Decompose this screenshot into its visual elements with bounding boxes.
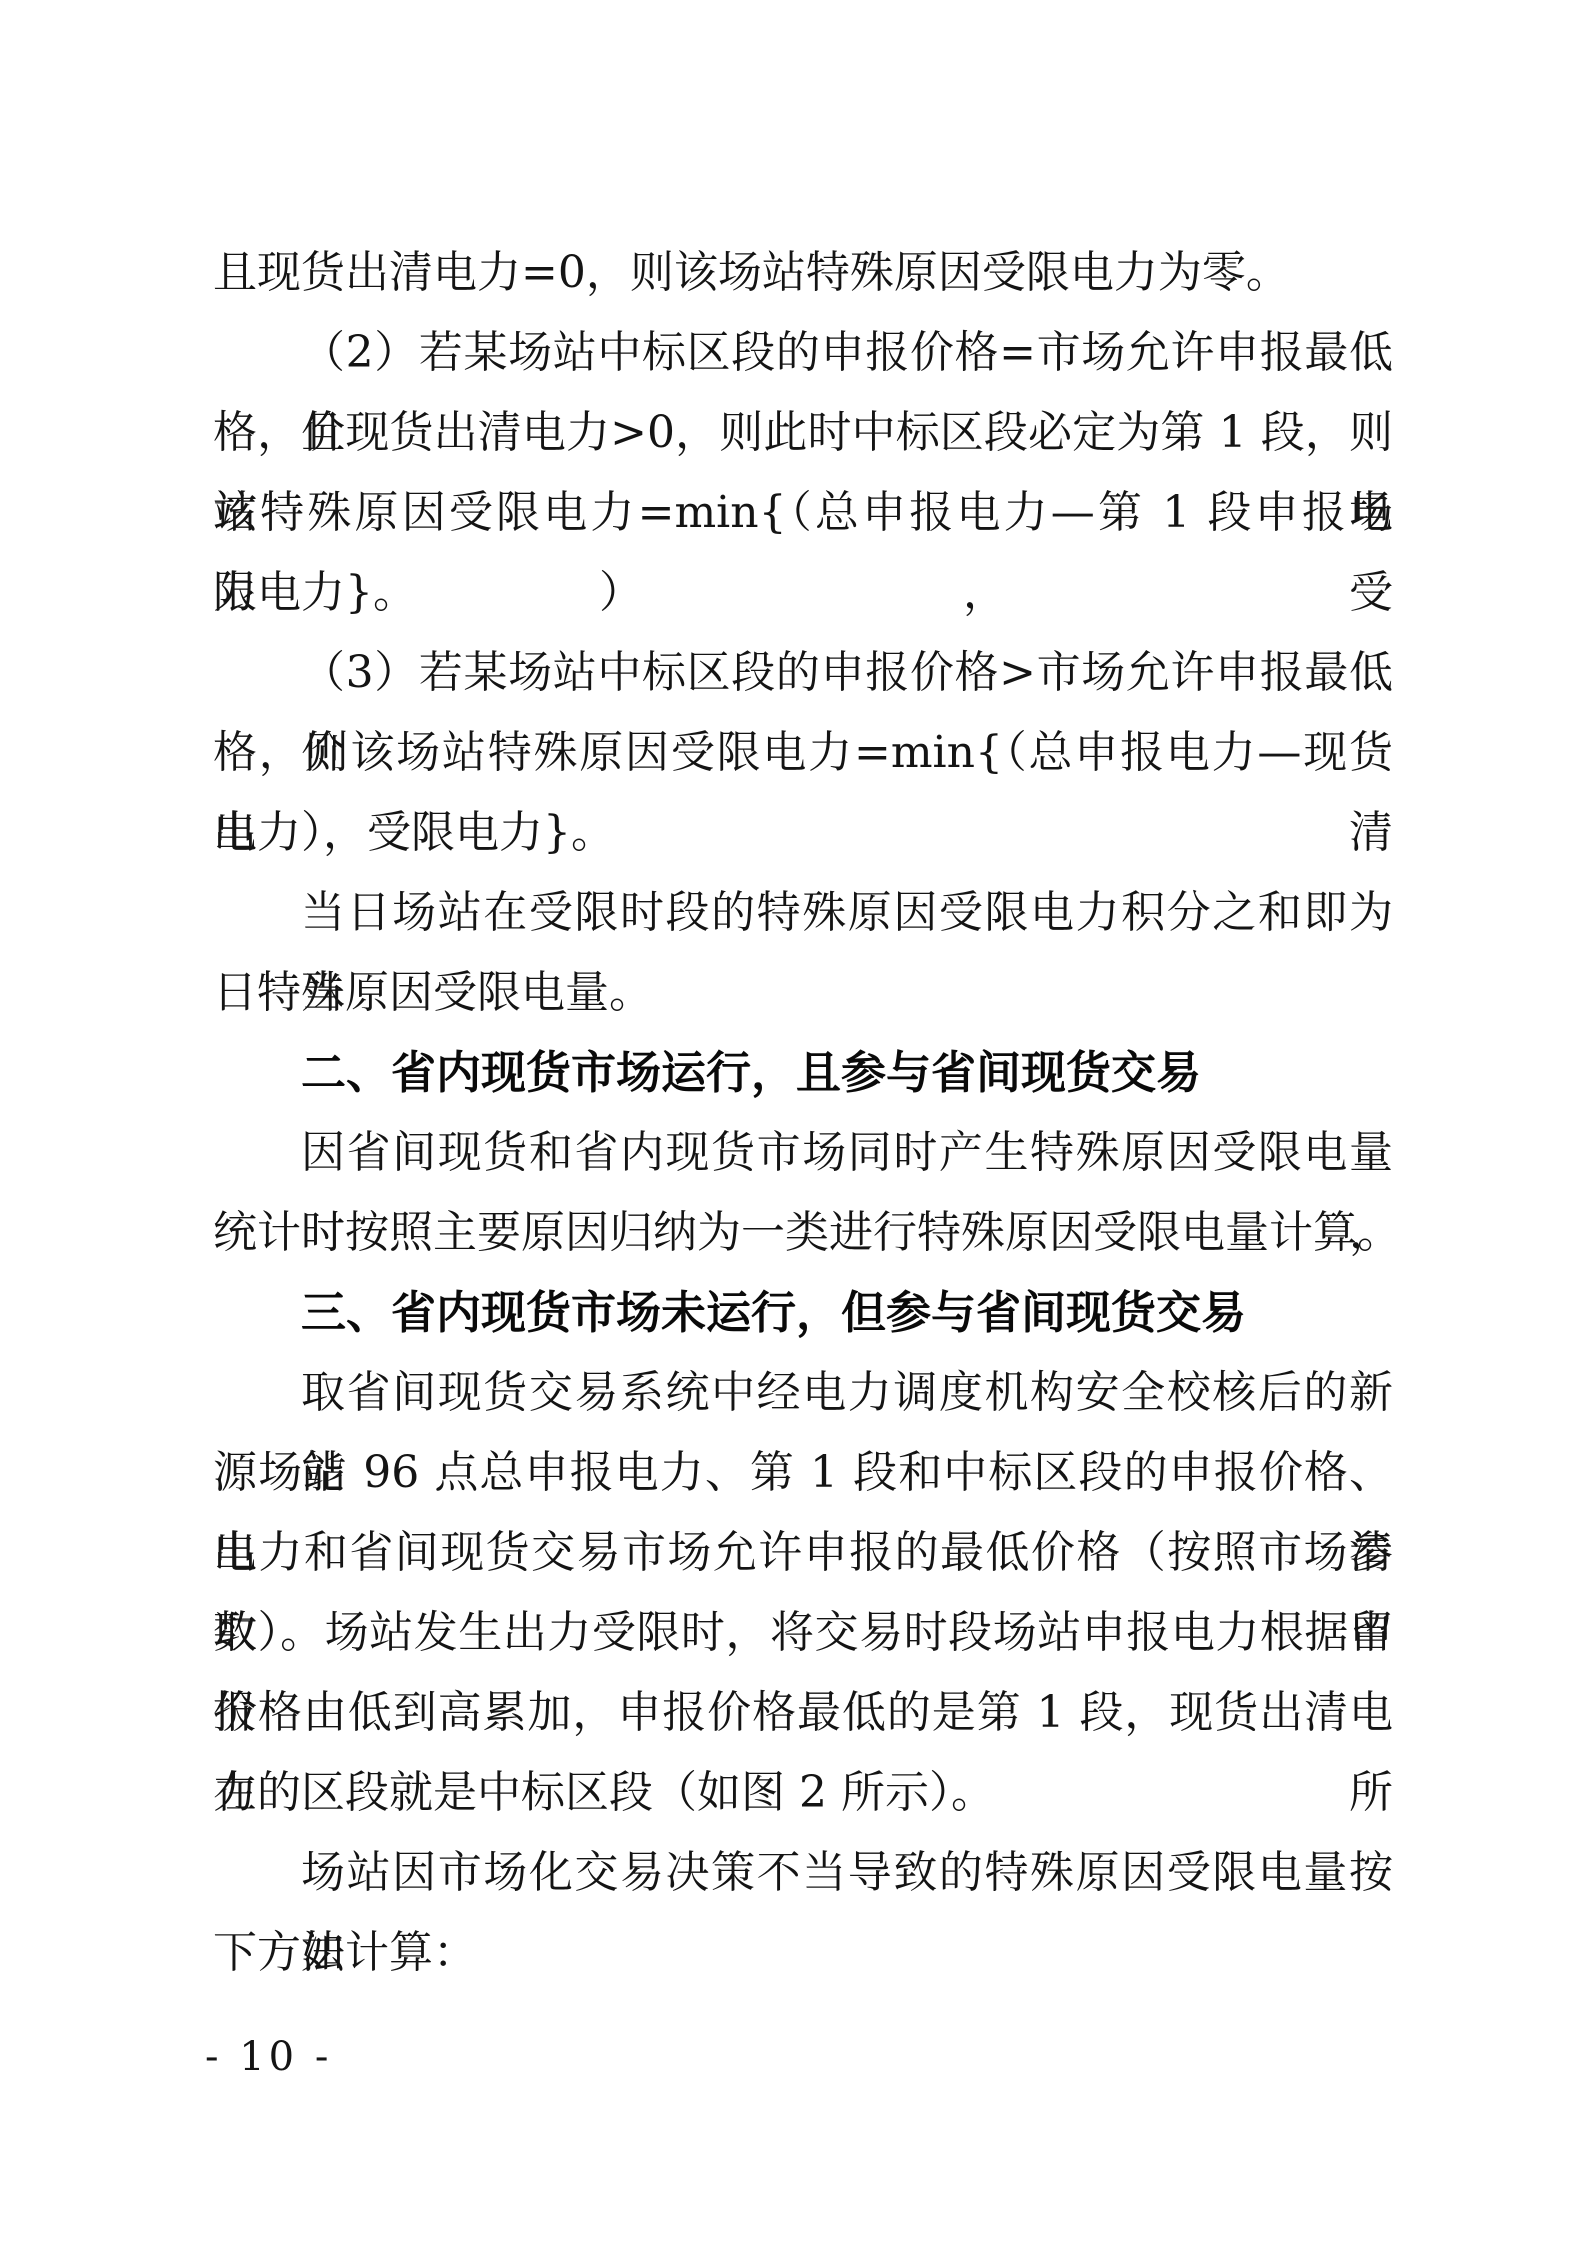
paragraph-line: 日特殊原因受限电量。 — [213, 953, 1393, 1033]
paragraph-line: 场站因市场化交易决策不当导致的特殊原因受限电量按如 — [213, 1833, 1393, 1913]
paragraph-line: 格，且现货出清电力>0，则此时中标区段必定为第 1 段，则该场 — [213, 393, 1393, 473]
paragraph: 场站因市场化交易决策不当导致的特殊原因受限电量按如下方法计算： — [213, 1833, 1393, 1993]
paragraph-line: 格，则该场站特殊原因受限电力=min{（总申报电力—现货出清 — [213, 713, 1393, 793]
paragraph-line: 当日场站在受限时段的特殊原因受限电力积分之和即为当 — [213, 873, 1393, 953]
heading-line: 三、省内现货市场未运行，但参与省间现货交易 — [213, 1273, 1393, 1353]
paragraph-line: 下方法计算： — [213, 1913, 1393, 1993]
paragraph: 因省间现货和省内现货市场同时产生特殊原因受限电量时，统计时按照主要原因归纳为一类… — [213, 1113, 1393, 1273]
paragraph-line: 取）。场站发生出力受限时，将交易时段场站申报电力根据申报 — [213, 1593, 1393, 1673]
text-block: 且现货出清电力=0，则该场站特殊原因受限电力为零。（2）若某场站中标区段的申报价… — [213, 233, 1393, 1993]
paragraph: （3）若某场站中标区段的申报价格>市场允许申报最低价格，则该场站特殊原因受限电力… — [213, 633, 1393, 873]
paragraph: 当日场站在受限时段的特殊原因受限电力积分之和即为当日特殊原因受限电量。 — [213, 873, 1393, 1033]
paragraph-line: 源场站 96 点总申报电力、第 1 段和中标区段的申报价格、出清 — [213, 1433, 1393, 1513]
section-heading: 二、省内现货市场运行，且参与省间现货交易 — [213, 1033, 1393, 1113]
paragraph-line: 且现货出清电力=0，则该场站特殊原因受限电力为零。 — [213, 233, 1393, 313]
paragraph-line: 电力和省间现货交易市场允许申报的最低价格（按照市场参数留 — [213, 1513, 1393, 1593]
paragraph: （2）若某场站中标区段的申报价格=市场允许申报最低价格，且现货出清电力>0，则此… — [213, 313, 1393, 633]
paragraph-line: 统计时按照主要原因归纳为一类进行特殊原因受限电量计算。 — [213, 1193, 1393, 1273]
paragraph: 且现货出清电力=0，则该场站特殊原因受限电力为零。 — [213, 233, 1393, 313]
heading-line: 二、省内现货市场运行，且参与省间现货交易 — [213, 1033, 1393, 1113]
section-heading: 三、省内现货市场未运行，但参与省间现货交易 — [213, 1273, 1393, 1353]
paragraph: 取省间现货交易系统中经电力调度机构安全校核后的新能源场站 96 点总申报电力、第… — [213, 1353, 1393, 1833]
paragraph-line: 站特殊原因受限电力=min{（总申报电力—第 1 段申报电力），受 — [213, 473, 1393, 553]
document-page: 且现货出清电力=0，则该场站特殊原因受限电力为零。（2）若某场站中标区段的申报价… — [0, 0, 1587, 2245]
paragraph-line: 取省间现货交易系统中经电力调度机构安全校核后的新能 — [213, 1353, 1393, 1433]
paragraph-line: （2）若某场站中标区段的申报价格=市场允许申报最低价 — [213, 313, 1393, 393]
paragraph-line: 因省间现货和省内现货市场同时产生特殊原因受限电量时， — [213, 1113, 1393, 1193]
paragraph-line: （3）若某场站中标区段的申报价格>市场允许申报最低价 — [213, 633, 1393, 713]
page-number: - 10 - — [205, 2033, 332, 2081]
paragraph-line: 价格由低到高累加，申报价格最低的是第 1 段，现货出清电力所 — [213, 1673, 1393, 1753]
